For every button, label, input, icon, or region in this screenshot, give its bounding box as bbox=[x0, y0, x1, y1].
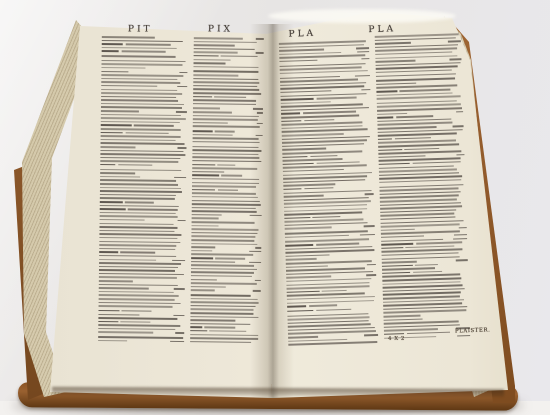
text-line-segment bbox=[375, 42, 411, 45]
text-line bbox=[190, 330, 260, 332]
text-line bbox=[98, 331, 184, 334]
text-line bbox=[191, 305, 261, 307]
text-line-segment bbox=[101, 121, 180, 123]
text-line-segment bbox=[192, 164, 215, 166]
text-line bbox=[101, 128, 187, 131]
text-line bbox=[100, 153, 186, 156]
text-line-segment bbox=[304, 119, 335, 121]
text-line bbox=[101, 106, 187, 109]
running-head-pla-right: PLA bbox=[368, 24, 396, 35]
text-line-segment bbox=[193, 115, 259, 117]
text-line bbox=[99, 226, 185, 229]
text-line bbox=[192, 146, 262, 148]
text-line-segment bbox=[101, 89, 177, 91]
text-line-segment bbox=[287, 291, 320, 294]
text-line bbox=[287, 308, 377, 312]
text-line-segment bbox=[379, 163, 410, 165]
text-line-segment bbox=[99, 233, 181, 235]
text-line bbox=[100, 146, 186, 149]
text-line bbox=[193, 71, 263, 73]
running-head-pla-left: PLA bbox=[288, 29, 316, 40]
text-line-segment bbox=[100, 215, 178, 217]
text-line bbox=[99, 273, 185, 276]
text-line-segment bbox=[376, 73, 456, 77]
text-line-segment bbox=[283, 188, 301, 190]
text-line-segment bbox=[101, 96, 176, 98]
text-line bbox=[193, 126, 263, 128]
text-line-segment bbox=[416, 241, 462, 244]
text-line bbox=[101, 121, 187, 124]
text-line-segment bbox=[176, 111, 187, 113]
text-line bbox=[102, 60, 188, 63]
text-line-segment bbox=[101, 71, 128, 73]
text-line-segment bbox=[176, 332, 185, 334]
text-line-segment bbox=[191, 289, 215, 291]
text-line-segment bbox=[101, 99, 178, 101]
text-line bbox=[192, 171, 262, 173]
text-line-segment bbox=[174, 288, 185, 290]
text-line-segment bbox=[122, 310, 151, 312]
text-line bbox=[191, 289, 261, 291]
text-line-segment bbox=[194, 37, 243, 39]
text-line bbox=[99, 259, 185, 262]
text-line bbox=[98, 321, 184, 324]
text-line-segment bbox=[100, 146, 135, 148]
text-line-segment bbox=[254, 279, 260, 281]
text-line bbox=[192, 167, 262, 169]
text-line-segment bbox=[415, 264, 438, 266]
text-line-segment bbox=[316, 161, 360, 164]
text-line-segment bbox=[193, 99, 256, 101]
text-line-segment bbox=[99, 266, 178, 268]
text-line-segment bbox=[101, 135, 181, 137]
text-line-segment bbox=[204, 327, 235, 329]
text-line bbox=[192, 164, 262, 166]
text-line-segment bbox=[192, 174, 219, 176]
text-line-segment bbox=[101, 124, 132, 126]
text-line-segment bbox=[217, 164, 235, 166]
text-line-segment bbox=[378, 155, 425, 158]
text-line-segment bbox=[101, 117, 186, 120]
text-line-segment bbox=[253, 290, 261, 292]
text-line-segment bbox=[193, 71, 258, 73]
text-line-segment bbox=[286, 254, 330, 257]
text-line-segment bbox=[98, 321, 118, 323]
text-line bbox=[101, 81, 187, 84]
text-line bbox=[99, 241, 185, 244]
text-line bbox=[194, 44, 264, 46]
text-line-segment bbox=[177, 220, 185, 222]
text-line bbox=[100, 190, 186, 193]
text-line bbox=[191, 236, 261, 238]
text-line-segment bbox=[125, 132, 168, 134]
text-line-segment bbox=[99, 262, 181, 264]
text-line-segment bbox=[191, 305, 256, 307]
text-line-segment bbox=[192, 225, 219, 227]
text-line-segment bbox=[101, 142, 185, 145]
text-line-segment bbox=[190, 330, 207, 332]
text-line-segment bbox=[193, 66, 258, 68]
text-line-segment bbox=[174, 314, 185, 316]
text-line bbox=[99, 276, 185, 279]
text-line bbox=[192, 182, 262, 184]
text-line bbox=[102, 55, 188, 58]
text-line-segment bbox=[193, 74, 238, 76]
text-line-segment bbox=[191, 261, 235, 263]
text-line bbox=[98, 328, 184, 331]
text-line-segment bbox=[281, 113, 300, 115]
text-line bbox=[192, 203, 262, 205]
text-line-segment bbox=[282, 156, 307, 158]
text-line bbox=[193, 134, 263, 136]
text-line-segment bbox=[362, 58, 370, 60]
text-line bbox=[100, 194, 186, 197]
text-line-segment bbox=[382, 272, 410, 274]
text-line bbox=[101, 124, 187, 127]
text-line-segment bbox=[100, 219, 145, 221]
text-line-segment bbox=[322, 290, 347, 292]
running-head-pit: PIT bbox=[128, 24, 153, 34]
text-line-segment bbox=[172, 259, 185, 261]
text-line-segment bbox=[376, 82, 416, 85]
text-line bbox=[99, 302, 185, 305]
text-line bbox=[99, 262, 185, 265]
text-line-segment bbox=[449, 58, 461, 60]
text-line bbox=[99, 251, 185, 254]
text-line-segment bbox=[281, 98, 314, 101]
text-line bbox=[191, 275, 261, 277]
text-line bbox=[101, 85, 187, 88]
left-page-column-1-text bbox=[98, 36, 188, 341]
text-line-segment bbox=[377, 117, 393, 119]
text-line-segment bbox=[310, 155, 337, 157]
text-line-segment bbox=[288, 341, 377, 345]
text-line-segment bbox=[191, 282, 257, 284]
text-line-segment bbox=[192, 153, 258, 155]
text-line-segment bbox=[193, 78, 258, 80]
text-line bbox=[193, 81, 263, 83]
text-line bbox=[99, 233, 185, 236]
text-line bbox=[100, 208, 186, 211]
text-line bbox=[101, 71, 187, 74]
text-line-segment bbox=[191, 243, 257, 245]
text-line-segment bbox=[192, 157, 259, 159]
text-line bbox=[99, 298, 185, 301]
text-line-segment bbox=[99, 280, 133, 282]
text-line-segment bbox=[98, 336, 183, 339]
text-line bbox=[102, 40, 188, 43]
text-line-segment bbox=[413, 271, 443, 273]
text-line-segment bbox=[100, 223, 174, 225]
text-line bbox=[190, 323, 260, 325]
text-line bbox=[193, 108, 263, 110]
text-line bbox=[98, 317, 184, 320]
text-line-segment bbox=[101, 114, 181, 116]
text-line bbox=[191, 301, 261, 303]
text-line bbox=[192, 149, 262, 151]
text-line-segment bbox=[361, 89, 370, 91]
text-line bbox=[191, 282, 261, 284]
text-line bbox=[190, 319, 260, 321]
text-line bbox=[193, 92, 263, 94]
text-line-segment bbox=[101, 139, 176, 141]
catchword: PLAISTER. bbox=[455, 327, 491, 334]
text-line bbox=[194, 52, 264, 54]
text-line-segment bbox=[286, 265, 328, 268]
text-line-segment bbox=[192, 189, 215, 191]
text-line-segment bbox=[191, 268, 257, 270]
text-line-segment bbox=[190, 309, 253, 311]
text-line-segment bbox=[375, 60, 415, 63]
text-line-segment bbox=[316, 309, 351, 312]
text-line-segment bbox=[99, 259, 156, 261]
text-line-segment bbox=[125, 43, 170, 45]
text-line-segment bbox=[193, 108, 220, 110]
text-line-segment bbox=[98, 314, 139, 316]
text-line-segment bbox=[191, 298, 258, 300]
text-line-segment bbox=[100, 201, 123, 203]
text-line bbox=[101, 99, 187, 102]
text-line bbox=[100, 169, 186, 172]
text-line-segment bbox=[192, 203, 261, 205]
text-line-segment bbox=[100, 153, 185, 156]
text-line-segment bbox=[191, 272, 254, 274]
text-line-segment bbox=[100, 194, 176, 196]
text-line bbox=[193, 141, 263, 143]
text-line bbox=[193, 78, 263, 80]
text-line bbox=[101, 142, 187, 145]
text-line-segment bbox=[100, 190, 182, 193]
text-line bbox=[102, 47, 188, 50]
text-line-segment bbox=[281, 101, 331, 104]
text-line-segment bbox=[456, 259, 468, 261]
text-line-segment bbox=[194, 52, 238, 54]
text-line bbox=[192, 153, 262, 155]
text-line-segment bbox=[378, 138, 392, 140]
text-line bbox=[101, 114, 187, 117]
text-line bbox=[193, 137, 263, 139]
text-line bbox=[193, 85, 263, 87]
text-line bbox=[101, 89, 187, 92]
text-line-segment bbox=[193, 92, 261, 94]
text-line-segment bbox=[99, 276, 177, 278]
text-line bbox=[191, 264, 261, 266]
text-line-segment bbox=[99, 291, 174, 293]
text-line bbox=[194, 37, 264, 39]
text-line bbox=[100, 179, 186, 182]
text-line bbox=[101, 110, 187, 113]
text-line-segment bbox=[376, 90, 397, 92]
text-line-segment bbox=[101, 106, 182, 108]
text-line-segment bbox=[101, 128, 181, 130]
text-line-segment bbox=[363, 225, 374, 227]
text-line bbox=[192, 196, 262, 198]
text-line-segment bbox=[99, 269, 175, 271]
text-line-segment bbox=[99, 273, 184, 276]
text-line bbox=[101, 63, 187, 66]
text-line bbox=[100, 160, 186, 163]
text-line-segment bbox=[191, 279, 218, 281]
text-line-segment bbox=[191, 286, 226, 288]
text-line-segment bbox=[100, 212, 176, 214]
text-line-segment bbox=[98, 324, 180, 326]
text-line bbox=[191, 279, 261, 281]
text-line-segment bbox=[249, 251, 261, 253]
text-line-segment bbox=[378, 149, 402, 151]
text-line bbox=[99, 280, 185, 283]
text-line-segment bbox=[100, 157, 180, 159]
text-line bbox=[99, 255, 185, 258]
text-line-segment bbox=[177, 86, 187, 88]
text-line-segment bbox=[100, 150, 183, 153]
text-line-segment bbox=[448, 40, 461, 42]
text-line-segment bbox=[285, 227, 332, 230]
text-line bbox=[190, 326, 260, 328]
text-line-segment bbox=[101, 63, 182, 65]
text-line bbox=[377, 95, 463, 99]
text-line-segment bbox=[100, 164, 115, 166]
text-line-segment bbox=[313, 216, 341, 218]
text-line-segment bbox=[191, 250, 212, 252]
text-line-segment bbox=[190, 323, 250, 325]
text-line-segment bbox=[357, 51, 369, 53]
text-line-segment bbox=[459, 227, 467, 229]
text-line-segment bbox=[456, 154, 464, 156]
text-line bbox=[194, 59, 264, 61]
running-head-pix: PIX bbox=[208, 24, 233, 34]
text-line bbox=[192, 174, 262, 176]
text-line-segment bbox=[99, 305, 173, 307]
text-line-segment bbox=[250, 261, 262, 263]
text-line bbox=[193, 89, 263, 91]
text-line bbox=[99, 269, 185, 272]
text-line bbox=[191, 294, 261, 296]
text-line-segment bbox=[193, 122, 228, 124]
text-line-segment bbox=[191, 264, 254, 266]
text-line-segment bbox=[288, 336, 318, 338]
text-line-segment bbox=[317, 97, 357, 100]
text-line bbox=[192, 221, 262, 223]
left-page-content: PIT PIX bbox=[92, 21, 270, 353]
text-line bbox=[100, 176, 186, 179]
text-line bbox=[194, 48, 264, 50]
text-line bbox=[191, 239, 261, 241]
text-line-segment bbox=[100, 208, 126, 210]
text-line bbox=[101, 74, 187, 77]
text-line-segment bbox=[356, 47, 369, 49]
text-line-segment bbox=[355, 75, 370, 77]
text-line-segment bbox=[381, 243, 413, 246]
text-line bbox=[100, 201, 186, 204]
text-line-segment bbox=[121, 252, 156, 254]
text-line-segment bbox=[99, 226, 177, 228]
text-line bbox=[192, 189, 262, 191]
text-line-segment bbox=[192, 182, 259, 184]
text-line bbox=[192, 225, 262, 227]
text-line-segment bbox=[192, 210, 257, 212]
text-line bbox=[190, 334, 260, 336]
text-line bbox=[99, 291, 185, 294]
text-line bbox=[193, 103, 263, 105]
text-line-segment bbox=[396, 115, 433, 118]
text-line-segment bbox=[101, 92, 182, 94]
text-line-segment bbox=[100, 169, 181, 171]
text-line-segment bbox=[192, 221, 255, 223]
text-line-segment bbox=[193, 134, 233, 136]
text-line-segment bbox=[220, 55, 258, 57]
text-line-segment bbox=[102, 43, 123, 45]
text-line-segment bbox=[99, 241, 180, 243]
text-line-segment bbox=[457, 335, 470, 337]
text-line-segment bbox=[190, 341, 251, 343]
text-line bbox=[101, 132, 187, 135]
text-line bbox=[100, 172, 186, 175]
text-line-segment bbox=[287, 310, 313, 312]
text-line bbox=[101, 78, 187, 81]
text-line-segment bbox=[286, 276, 331, 279]
text-line-segment bbox=[194, 55, 219, 57]
text-line-segment bbox=[192, 218, 219, 220]
text-line-segment bbox=[191, 301, 259, 303]
text-line-segment bbox=[101, 103, 184, 106]
text-line-segment bbox=[191, 294, 251, 296]
text-line bbox=[376, 73, 462, 77]
text-line bbox=[285, 225, 375, 229]
text-line bbox=[193, 130, 263, 132]
text-line-segment bbox=[192, 185, 256, 187]
text-line-segment bbox=[286, 258, 317, 260]
text-line bbox=[99, 294, 185, 297]
text-line bbox=[288, 341, 378, 345]
text-line-segment bbox=[99, 237, 177, 239]
text-line-segment bbox=[190, 334, 258, 336]
text-line-segment bbox=[100, 205, 179, 207]
text-line-segment bbox=[285, 235, 349, 239]
text-line-segment bbox=[100, 179, 176, 181]
text-line-segment bbox=[377, 95, 461, 99]
text-line bbox=[192, 178, 262, 180]
text-line-segment bbox=[382, 267, 435, 270]
text-line bbox=[99, 237, 185, 240]
text-line-segment bbox=[309, 304, 337, 306]
text-line-segment bbox=[255, 52, 263, 54]
text-line bbox=[100, 183, 186, 186]
text-line-segment bbox=[256, 38, 264, 40]
text-line bbox=[191, 228, 261, 230]
text-line-segment bbox=[194, 59, 231, 61]
text-line-segment bbox=[381, 247, 403, 249]
text-line-segment bbox=[192, 178, 259, 180]
text-line bbox=[190, 337, 260, 339]
text-line-segment bbox=[99, 244, 176, 246]
text-line-segment bbox=[100, 176, 140, 178]
text-line-segment bbox=[190, 316, 258, 318]
text-line-segment bbox=[102, 36, 155, 38]
text-line-segment bbox=[382, 265, 413, 267]
text-line-segment bbox=[256, 135, 263, 137]
text-line-segment bbox=[214, 96, 246, 98]
text-line bbox=[191, 272, 261, 274]
text-line bbox=[191, 232, 261, 234]
text-line-segment bbox=[215, 131, 235, 133]
text-line bbox=[190, 341, 260, 343]
text-line-segment bbox=[101, 85, 157, 87]
text-line-segment bbox=[191, 228, 258, 230]
text-line-segment bbox=[118, 164, 152, 166]
text-line bbox=[193, 99, 263, 101]
text-line-segment bbox=[377, 113, 407, 115]
text-line-segment bbox=[367, 264, 376, 266]
